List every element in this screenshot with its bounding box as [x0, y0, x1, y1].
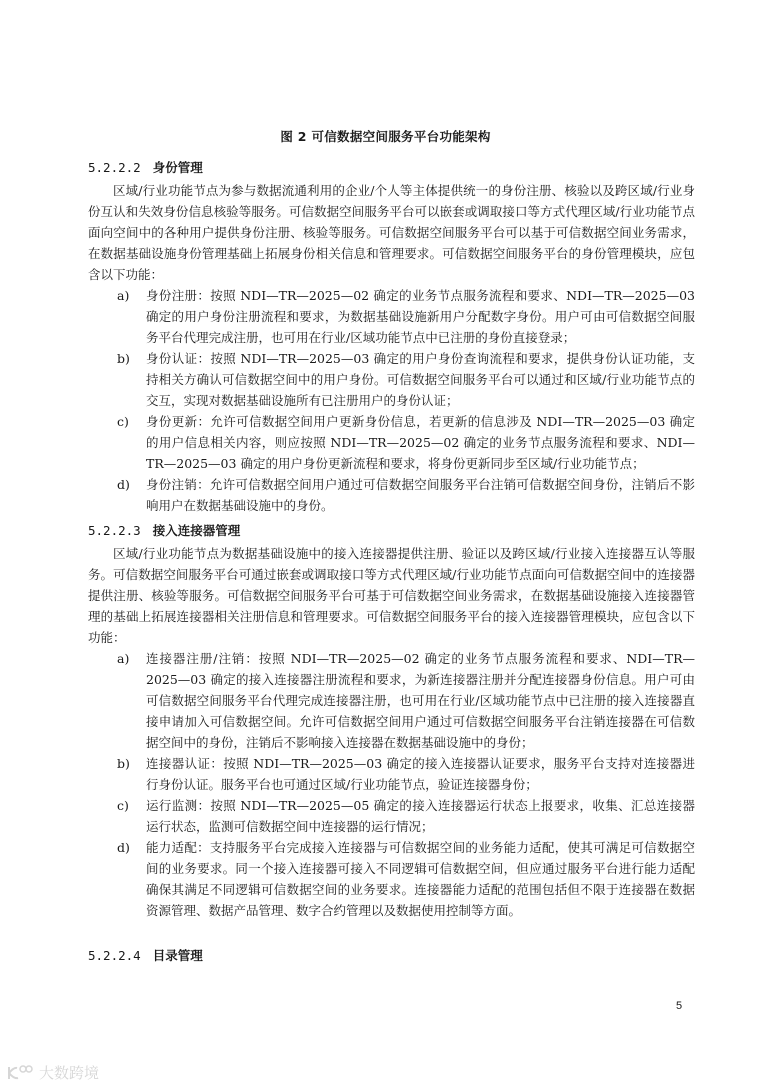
function-list-identity: a)身份注册：按照 NDI—TR—2025—02 确定的业务节点服务流程和要求、… — [88, 285, 695, 516]
list-item: b)身份认证：按照 NDI—TR—2025—03 确定的用户身份查询流程和要求，… — [88, 348, 695, 411]
list-item-text: 运行监测：按照 NDI—TR—2025—05 确定的接入连接器运行状态上报要求，… — [146, 798, 695, 834]
document-page: 图 2 可信数据空间服务平台功能架构 5.2.2.2身份管理 区域/行业功能节点… — [0, 0, 771, 1090]
section-number: 5.2.2.2 — [88, 160, 141, 175]
watermark-logo-icon — [6, 1064, 34, 1082]
watermark-text: 大数跨境 — [39, 1062, 99, 1083]
list-item-text: 连接器认证：按照 NDI—TR—2025—03 确定的接入连接器认证要求，服务平… — [146, 756, 695, 792]
section-heading-catalog: 5.2.2.4目录管理 — [88, 946, 203, 964]
section-number: 5.2.2.3 — [88, 523, 141, 538]
section-paragraph: 区域/行业功能节点为参与数据流通利用的企业/个人等主体提供统一的身份注册、核验以… — [88, 180, 695, 285]
list-marker: b) — [117, 348, 130, 369]
list-item-text: 身份注销：允许可信数据空间用户通过可信数据空间服务平台注销可信数据空间身份，注销… — [146, 477, 695, 513]
list-marker: a) — [117, 285, 129, 306]
section-heading-identity: 5.2.2.2身份管理 — [88, 158, 203, 176]
list-marker: d) — [117, 474, 130, 495]
section-paragraph: 区域/行业功能节点为数据基础设施中的接入连接器提供注册、验证以及跨区域/行业接入… — [88, 543, 695, 648]
list-marker: c) — [117, 411, 129, 432]
section-number: 5.2.2.4 — [88, 948, 141, 963]
figure-caption: 图 2 可信数据空间服务平台功能架构 — [0, 127, 771, 145]
list-item: c)运行监测：按照 NDI—TR—2025—05 确定的接入连接器运行状态上报要… — [88, 795, 695, 837]
list-item: a)连接器注册/注销：按照 NDI—TR—2025—02 确定的业务节点服务流程… — [88, 648, 695, 753]
list-marker: a) — [117, 648, 129, 669]
list-item: d)能力适配：支持服务平台完成接入连接器与可信数据空间的业务能力适配，使其可满足… — [88, 837, 695, 921]
list-item-text: 连接器注册/注销：按照 NDI—TR—2025—02 确定的业务节点服务流程和要… — [146, 651, 695, 750]
list-marker: b) — [117, 753, 130, 774]
list-item-text: 能力适配：支持服务平台完成接入连接器与可信数据空间的业务能力适配，使其可满足可信… — [146, 840, 695, 918]
section-title: 身份管理 — [153, 160, 203, 175]
section-title: 目录管理 — [153, 948, 203, 963]
list-item: b)连接器认证：按照 NDI—TR—2025—03 确定的接入连接器认证要求，服… — [88, 753, 695, 795]
list-item: a)身份注册：按照 NDI—TR—2025—02 确定的业务节点服务流程和要求、… — [88, 285, 695, 348]
list-marker: d) — [117, 837, 130, 858]
page-number: 5 — [676, 1000, 682, 1012]
list-marker: c) — [117, 795, 129, 816]
list-item: c)身份更新：允许可信数据空间用户更新身份信息，若更新的信息涉及 NDI—TR—… — [88, 411, 695, 474]
section-title: 接入连接器管理 — [153, 523, 241, 538]
list-item-text: 身份注册：按照 NDI—TR—2025—02 确定的业务节点服务流程和要求、ND… — [146, 288, 695, 345]
watermark: 大数跨境 — [6, 1062, 99, 1083]
list-item-text: 身份更新：允许可信数据空间用户更新身份信息，若更新的信息涉及 NDI—TR—20… — [146, 414, 695, 471]
list-item: d)身份注销：允许可信数据空间用户通过可信数据空间服务平台注销可信数据空间身份，… — [88, 474, 695, 516]
list-item-text: 身份认证：按照 NDI—TR—2025—03 确定的用户身份查询流程和要求，提供… — [146, 351, 695, 408]
function-list-connector: a)连接器注册/注销：按照 NDI—TR—2025—02 确定的业务节点服务流程… — [88, 648, 695, 921]
section-heading-connector: 5.2.2.3接入连接器管理 — [88, 521, 240, 539]
